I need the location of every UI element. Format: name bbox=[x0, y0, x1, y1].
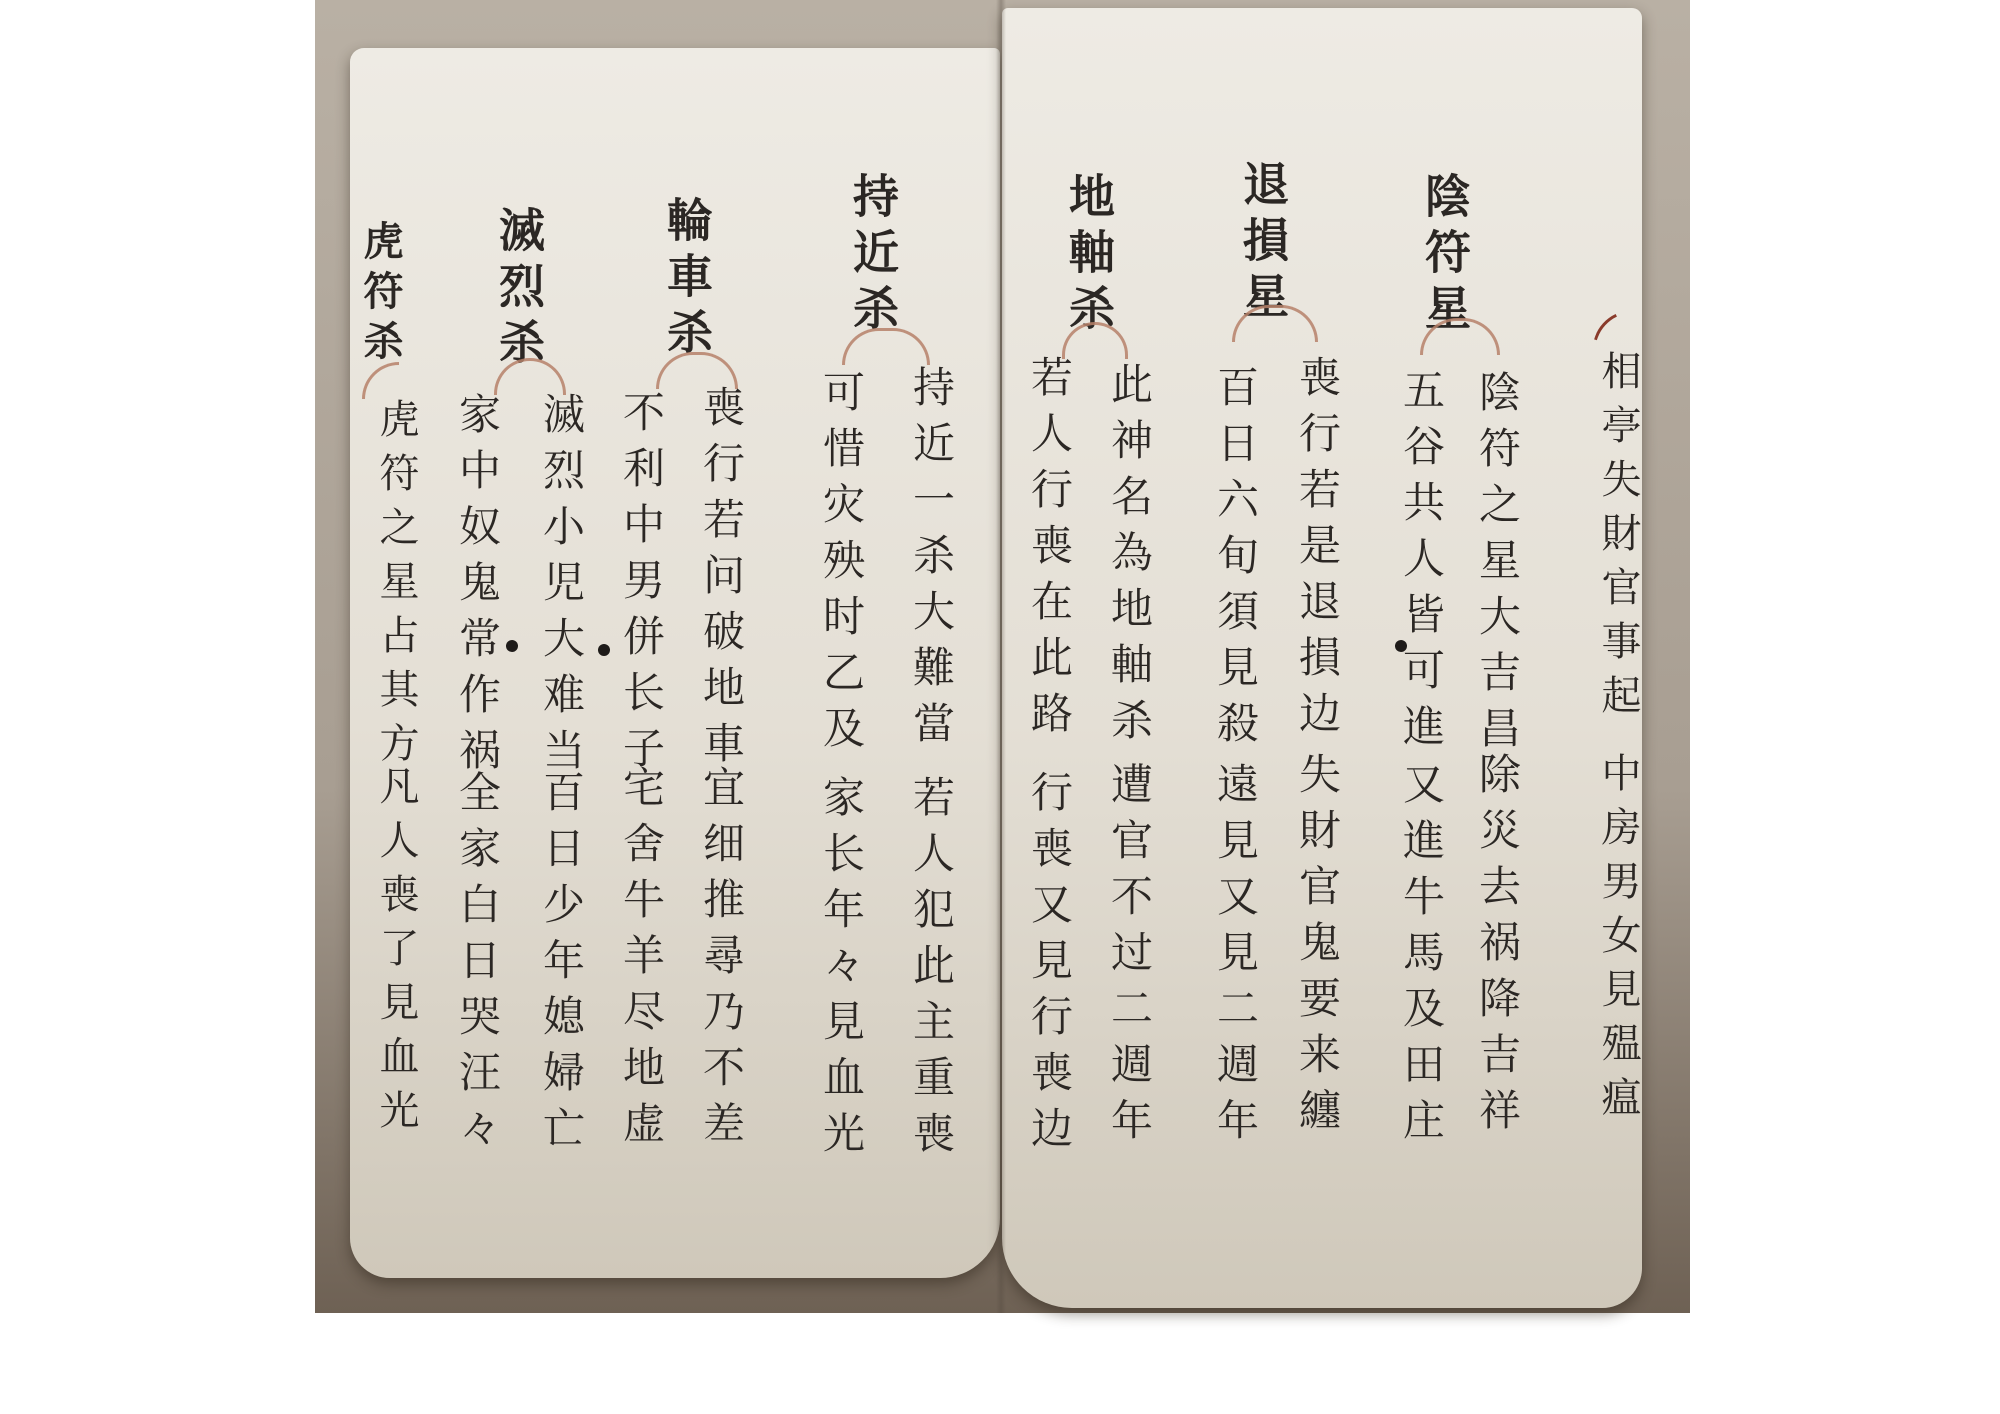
heading-di-zhou-sha: 地軸杀 bbox=[1066, 172, 1112, 340]
verse-line: 全家白日哭汪々 bbox=[456, 770, 498, 1162]
verse-line: 虎符之星占其方 bbox=[376, 398, 416, 776]
ink-dot bbox=[598, 644, 610, 656]
verse-line: 若人行喪在此路 bbox=[1028, 355, 1070, 747]
intro-line-top: 相亭失財官事起 bbox=[1598, 350, 1638, 728]
verse-line: 家中奴鬼常作祸 bbox=[456, 392, 498, 784]
intro-line-bottom: 中房男女見殟瘟 bbox=[1598, 752, 1638, 1130]
verse-line: 凡人喪了見血光 bbox=[376, 765, 416, 1143]
verse-line: 遠見又見二週年 bbox=[1214, 762, 1256, 1154]
heading-yin-fu-xing: 陰符星 bbox=[1422, 172, 1468, 340]
verse-line: 五谷共人皆可進 bbox=[1400, 368, 1442, 760]
ink-dot bbox=[1395, 640, 1407, 652]
verse-line: 不利中男併长子 bbox=[620, 390, 662, 782]
heading-hu-fu-sha: 虎符杀 bbox=[360, 220, 400, 370]
verse-line: 此神名為地軸杀 bbox=[1108, 362, 1150, 754]
verse-line: 喪行若是退損边 bbox=[1296, 355, 1338, 747]
verse-line: 又進牛馬及田庄 bbox=[1400, 762, 1442, 1154]
ink-dot bbox=[506, 640, 518, 652]
verse-line: 可惜灾殃时乙及 bbox=[820, 370, 862, 762]
verse-line: 持近一杀大難當 bbox=[910, 365, 952, 757]
verse-line: 滅烈小児大难当 bbox=[540, 392, 582, 784]
verse-line: 家长年々見血光 bbox=[820, 775, 862, 1167]
verse-line: 百日六旬須見殺 bbox=[1214, 365, 1256, 757]
verse-line: 宜细推尋乃不差 bbox=[700, 765, 742, 1157]
verse-line: 宅舍牛羊尽地虚 bbox=[620, 765, 662, 1157]
verse-line: 失財官鬼要来纏 bbox=[1296, 752, 1338, 1144]
verse-line: 若人犯此主重喪 bbox=[910, 775, 952, 1167]
book-gutter bbox=[996, 0, 1006, 1313]
heading-lun-che-sha: 輪車杀 bbox=[664, 196, 710, 364]
verse-line: 遭官不过二週年 bbox=[1108, 762, 1150, 1154]
verse-line: 百日少年媳婦亡 bbox=[540, 770, 582, 1162]
heading-chi-jin-sha: 持近杀 bbox=[850, 172, 896, 340]
verse-line: 陰符之星大吉昌 bbox=[1476, 370, 1518, 762]
heading-mie-lie-sha: 滅烈杀 bbox=[496, 206, 542, 374]
verse-line: 行喪又見行喪边 bbox=[1028, 770, 1070, 1162]
verse-line: 喪行若问破地車 bbox=[700, 385, 742, 777]
heading-tui-sun-xing: 退損星 bbox=[1240, 160, 1286, 328]
verse-line: 除災去祸降吉祥 bbox=[1476, 752, 1518, 1144]
